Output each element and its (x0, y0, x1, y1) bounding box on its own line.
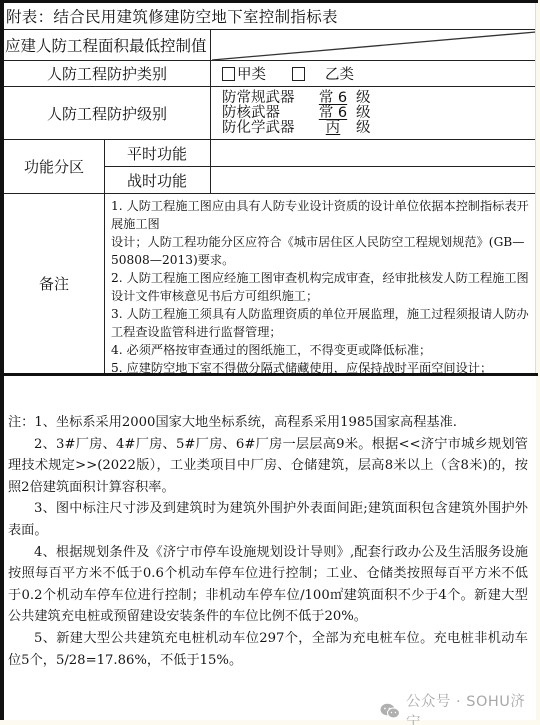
protection-type-label: 人防工程防护类别 (4, 61, 210, 86)
function-zone-row: 功能分区 平时功能 战时功能 (4, 140, 536, 194)
remark-line: 4. 必须严格按审查通过的图纸施工，不得变更或降低标准； (111, 341, 529, 359)
option-type-a-label: 甲类 (237, 63, 266, 84)
table-bottom-border (4, 373, 538, 376)
checkbox-type-a[interactable] (222, 67, 235, 81)
peacetime-value (210, 140, 536, 167)
note-4: 4、根据规划条件及《济宁市停车设施规划设计导则》,配套行政办公及生活服务设施按照… (8, 542, 528, 628)
note-3: 3、图中标注尺寸涉及到建筑时为建筑外围护外表面间距;建筑面积包含建筑外围护外表面… (8, 498, 528, 541)
divider (535, 3, 536, 373)
min-area-label: 应建人防工程面积最低控制值 (4, 30, 210, 60)
remarks-content: 1. 人防工程施工图应由具有人防专业设计资质的设计单位依据本控制指标表开展施工图… (105, 194, 533, 373)
remarks-row: 备注 1. 人防工程施工图应由具有人防专业设计资质的设计单位依据本控制指标表开展… (4, 194, 536, 373)
remark-line: 2. 人防工程施工图应经施工图审查机构完成审查，经审批核发人防工程施工图设计文件… (111, 269, 529, 305)
watermark: 公众号 · SOHU济宁 (380, 690, 540, 725)
wechat-icon (380, 703, 400, 719)
function-zone-label: 功能分区 (4, 140, 104, 193)
remarks-label: 备注 (4, 194, 104, 373)
grade-chemical-value: 丙 (314, 121, 352, 136)
remark-line: 1. 人防工程施工图应由具有人防专业设计资质的设计单位依据本控制指标表开展施工图 (111, 197, 529, 233)
note-5: 5、新建大型公共建筑充电桩机动车位297个，全部为充电桩车位。充电桩非机动车位5… (8, 628, 528, 671)
min-area-value (210, 30, 536, 60)
note-1: 注：1、坐标系采用2000国家大地坐标系统，高程系采用1985国家高程基准. (8, 412, 528, 434)
option-type-b-label: 乙类 (325, 63, 354, 84)
table-title: 附表：结合民用建筑修建防空地下室控制指标表 (6, 3, 338, 29)
note-2: 2、3#厂房、4#厂房、5#厂房、6#厂房一层层高9米。根据<<济宁市城乡规划管… (8, 434, 528, 499)
protection-grade-label: 人防工程防护级别 (4, 87, 210, 139)
grade-nuclear: 防核武器 常 6 级 (222, 106, 371, 121)
peacetime-label: 平时功能 (104, 140, 210, 167)
protection-grade-values: 防常规武器 常 6 级 防核武器 常 6 级 防化学武器 丙 级 (210, 87, 536, 139)
wartime-value (210, 167, 536, 194)
watermark-text: 公众号 · SOHU济宁 (406, 690, 540, 725)
remark-line: 设计；人防工程功能分区应符合《城市居住区人民防空工程规划规范》(GB—50808… (111, 233, 529, 269)
remark-line: 3. 人防工程施工须具有人防监理资质的单位开展监理，施工过程须报请人防办工程查设… (111, 305, 529, 341)
notes-section: 注：1、坐标系采用2000国家大地坐标系统，高程系采用1985国家高程基准. 2… (8, 412, 528, 671)
table-title-row: 附表：结合民用建筑修建防空地下室控制指标表 (4, 3, 536, 30)
checkbox-type-b[interactable] (292, 67, 305, 81)
protection-type-row: 人防工程防护类别 甲类 乙类 (4, 61, 536, 87)
grade-conventional-value: 常 6 (314, 91, 352, 106)
diagonal-slash-icon (210, 30, 536, 61)
grade-conventional: 防常规武器 常 6 级 (222, 91, 371, 106)
protection-type-options: 甲类 乙类 (210, 61, 536, 86)
wartime-label: 战时功能 (104, 167, 210, 194)
grade-nuclear-value: 常 6 (314, 106, 352, 121)
protection-grade-row: 人防工程防护级别 防常规武器 常 6 级 防核武器 常 6 级 防化学武器 丙 … (4, 87, 536, 140)
min-area-row: 应建人防工程面积最低控制值 (4, 30, 536, 61)
divider (210, 30, 211, 194)
grade-chemical: 防化学武器 丙 级 (222, 121, 371, 136)
